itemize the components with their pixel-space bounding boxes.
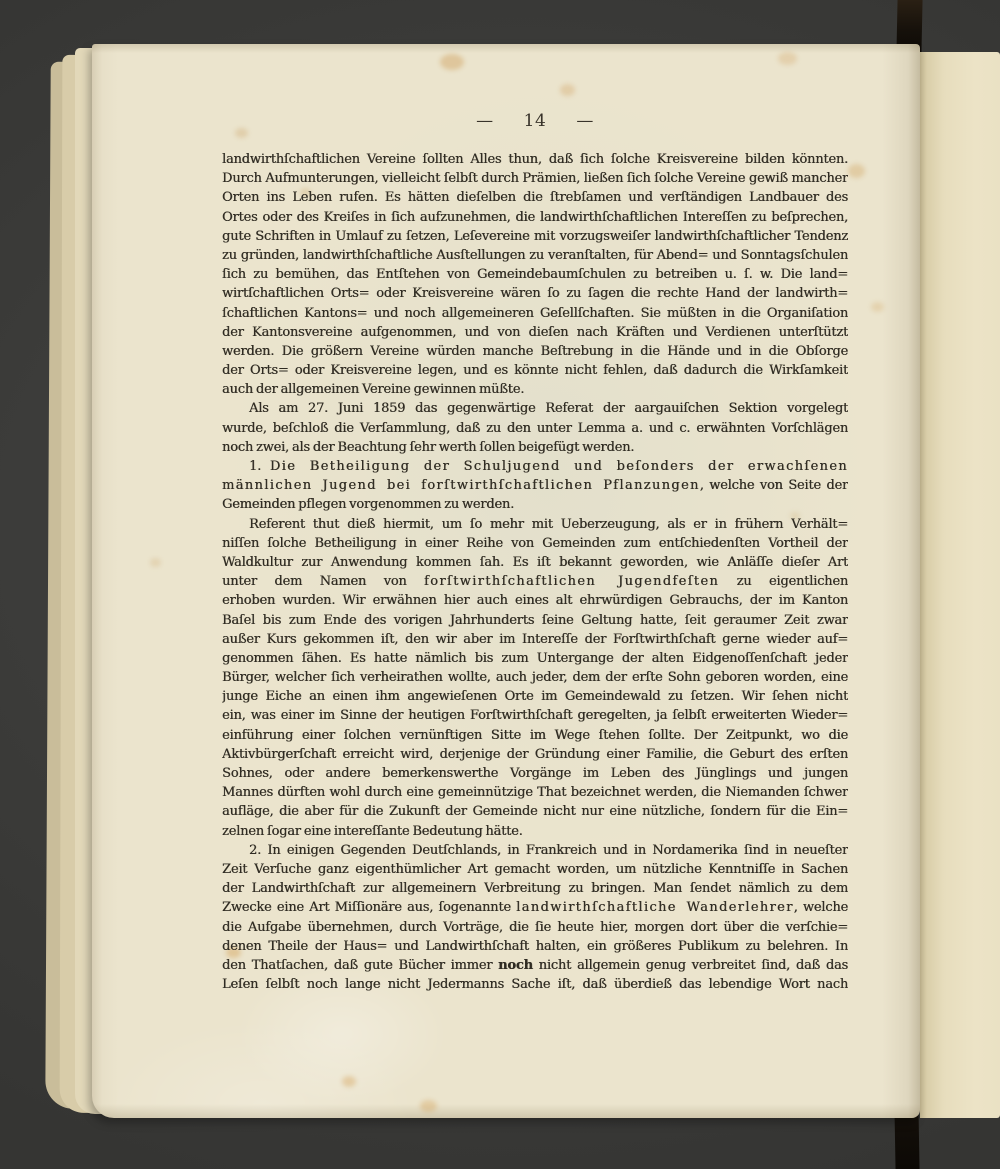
page-number: 14 [524,111,547,131]
text-line: unter dem Namen von forſtwirthſchaftlich… [222,572,848,591]
text-line: landwirthſchaftlichen Vereine ſollten Al… [222,150,848,169]
text-line: denen Theile der Haus= und Landwirthſcha… [222,937,848,956]
text-segment: ein, was einer im Sinne der heutigen For… [222,708,848,723]
text-segment: werden. Die größern Vereine würden manch… [222,344,848,359]
text-segment: nicht allgemein genug verbreitet ſind, d… [533,958,848,973]
text-line: Als am 27. Juni 1859 das gegenwärtige Re… [222,399,848,418]
book-page: — 14 — landwirthſchaftlichen Vereine ſol… [92,44,920,1118]
text-segment: gute Schriften in Umlauf zu ſetzen, Leſe… [222,229,848,244]
text-line: Zwecke eine Art Miſſionäre aus, ſogenann… [222,898,848,917]
text-segment: aufläge, die aber für die Zukunft der Ge… [222,804,848,819]
text-segment: Orten ins Leben rufen. Es hätten dieſelb… [222,190,848,205]
text-segment: Baſel bis zum Ende des vorigen Jahrhunde… [222,613,848,628]
text-line: Sohnes, oder andere bemerkenswerthe Vorg… [222,764,848,783]
text-segment: niſſen ſolche Betheiligung in einer Reih… [222,536,848,551]
text-line: genommen ſähen. Es hatte nämlich bis zum… [222,649,848,668]
foxing-stain [560,84,575,96]
text-line: den Thatſachen, daß gute Bücher immer no… [222,956,848,975]
text-line: Leſen ſelbſt noch lange nicht Jedermanns… [222,975,848,994]
text-segment: der Orts= oder Kreisvereine legen, und e… [222,363,848,378]
text-line: der Kantonsvereine aufgenommen, und von … [222,323,848,342]
text-line: auch der allgemeinen Vereine gewinnen mü… [222,380,848,399]
text-segment: Zeit Verſuche ganz eigenthümlicher Art g… [222,862,848,877]
text-line: 2. In einigen Gegenden Deutſchlands, in … [222,841,848,860]
text-line: einführung einer ſolchen vernünftigen Si… [222,726,848,745]
text-segment: zu gründen, landwirthſchaftliche Ausſtel… [222,248,848,263]
text-segment: junge Eiche an einen ihm angewieſenen Or… [222,689,848,704]
text-segment: wurde, beſchloß die Verſammlung, daß zu … [222,421,848,436]
foxing-stain [420,1100,437,1112]
text-line: niſſen ſolche Betheiligung in einer Reih… [222,534,848,553]
text-segment: erhoben wurden. Wir erwähnen hier auch e… [222,593,848,608]
emphasized-text: noch [498,958,533,973]
text-line: Aktivbürgerſchaft erreicht wird, derjeni… [222,745,848,764]
text-line: wirtſchaftlichen Orts= oder Kreisvereine… [222,284,848,303]
text-segment: 1. [249,459,270,474]
foxing-stain [778,52,797,65]
text-line: Referent thut dieß hiermit, um ſo mehr m… [222,515,848,534]
text-line: junge Eiche an einen ihm angewieſenen Or… [222,687,848,706]
text-line: noch zwei, als der Beachtung ſehr werth … [222,438,848,457]
text-line: ſich zu bemühen, das Entſtehen von Gemei… [222,265,848,284]
text-segment: Sohnes, oder andere bemerkenswerthe Vorg… [222,766,848,781]
text-segment: die Aufgabe übernehmen, durch Vorträge, … [222,920,848,935]
text-segment: Gemeinden pflegen vorgenommen zu werden. [222,497,514,512]
text-segment: der Landwirthſchaft zur allgemeinern Ver… [222,881,848,896]
letterspaced-text: forſtwirthſchaftlichen Jugendfeſten [424,574,719,589]
text-segment: einführung einer ſolchen vernünftigen Si… [222,728,848,743]
text-line: der Orts= oder Kreisvereine legen, und e… [222,361,848,380]
text-segment: Aktivbürgerſchaft erreicht wird, derjeni… [222,747,848,762]
text-line: 1. Die Betheiligung der Schuljugend und … [222,457,848,476]
text-line: werden. Die größern Vereine würden manch… [222,342,848,361]
text-line: ſchaftlichen Kantons= und noch allgemein… [222,304,848,323]
header-dash-right: — [576,111,594,131]
text-line: der Landwirthſchaft zur allgemeinern Ver… [222,879,848,898]
text-segment: landwirthſchaftlichen Vereine ſollten Al… [222,152,848,167]
text-line: Durch Aufmunterungen, vielleicht ſelbſt … [222,169,848,188]
text-segment: Ortes oder des Kreiſes in ſich aufzunehm… [222,210,848,225]
next-page-edge [920,52,1000,1118]
text-segment: 2. In einigen Gegenden Deutſchlands, in … [249,843,848,858]
text-segment: Leſen ſelbſt noch lange nicht Jedermanns… [222,977,848,992]
text-line: Ortes oder des Kreiſes in ſich aufzunehm… [222,208,848,227]
text-line: erhoben wurden. Wir erwähnen hier auch e… [222,591,848,610]
text-line: zelnen ſogar eine intereſſante Bedeutung… [222,822,848,841]
text-segment: noch zwei, als der Beachtung ſehr werth … [222,440,634,455]
foxing-stain [871,302,884,312]
text-segment: Durch Aufmunterungen, vielleicht ſelbſt … [222,171,848,186]
foxing-stain [848,164,865,178]
text-segment: , welche [794,900,848,915]
text-segment: wirtſchaftlichen Orts= oder Kreisvereine… [222,286,848,301]
letterspaced-text: Die Betheiligung der Schuljugend und beſ… [270,459,848,474]
text-line: aufläge, die aber für die Zukunft der Ge… [222,802,848,821]
text-segment: auch der allgemeinen Vereine gewinnen mü… [222,382,524,397]
text-segment: denen Theile der Haus= und Landwirthſcha… [222,939,848,954]
text-line: gute Schriften in Umlauf zu ſetzen, Leſe… [222,227,848,246]
text-line: zu gründen, landwirthſchaftliche Ausſtel… [222,246,848,265]
text-segment: Zwecke eine Art Miſſionäre aus, ſogenann… [222,900,516,915]
text-segment: Als am 27. Juni 1859 das gegenwärtige Re… [249,401,848,416]
text-line: Orten ins Leben rufen. Es hätten dieſelb… [222,188,848,207]
page-header: — 14 — [222,108,848,134]
text-segment: ſchaftlichen Kantons= und noch allgemein… [222,306,848,321]
text-segment: Bürger, welcher ſich verheirathen wollte… [222,670,848,685]
text-segment: zelnen ſogar eine intereſſante Bedeutung… [222,824,523,839]
foxing-stain [150,558,161,567]
text-segment: genommen ſähen. Es hatte nämlich bis zum… [222,651,848,666]
text-block: landwirthſchaftlichen Vereine ſollten Al… [222,150,848,994]
text-line: wurde, beſchloß die Verſammlung, daß zu … [222,419,848,438]
foxing-stain [440,54,464,70]
text-line: ein, was einer im Sinne der heutigen For… [222,706,848,725]
text-line: Bürger, welcher ſich verheirathen wollte… [222,668,848,687]
text-segment: den Thatſachen, daß gute Bücher immer [222,958,498,973]
text-line: männlichen Jugend bei forſtwirthſchaftli… [222,476,848,495]
text-line: Gemeinden pflegen vorgenommen zu werden. [222,495,848,514]
text-segment: unter dem Namen von [222,574,424,589]
foxing-stain [342,1076,356,1087]
scan-background: — 14 — landwirthſchaftlichen Vereine ſol… [0,0,1000,1169]
letterspaced-text: landwirthſchaftliche Wanderlehrer [516,900,794,915]
letterspaced-text: männlichen Jugend bei forſtwirthſchaftli… [222,478,700,493]
text-segment: Referent thut dieß hiermit, um ſo mehr m… [249,517,848,532]
text-segment: , welche von Seite der [700,478,848,493]
text-line: Zeit Verſuche ganz eigenthümlicher Art g… [222,860,848,879]
text-segment: der Kantonsvereine aufgenommen, und von … [222,325,848,340]
text-segment: Waldkultur zur Anwendung kommen ſah. Es … [222,555,848,570]
header-dash-left: — [476,111,494,131]
text-line: außer Kurs gekommen iſt, den wir aber im… [222,630,848,649]
text-line: die Aufgabe übernehmen, durch Vorträge, … [222,918,848,937]
text-line: Mannes dürften wohl durch eine gemeinnüt… [222,783,848,802]
text-line: Baſel bis zum Ende des vorigen Jahrhunde… [222,611,848,630]
text-segment: Mannes dürften wohl durch eine gemeinnüt… [222,785,848,800]
text-segment: ſich zu bemühen, das Entſtehen von Gemei… [222,267,848,282]
text-line: Waldkultur zur Anwendung kommen ſah. Es … [222,553,848,572]
text-segment: außer Kurs gekommen iſt, den wir aber im… [222,632,848,647]
